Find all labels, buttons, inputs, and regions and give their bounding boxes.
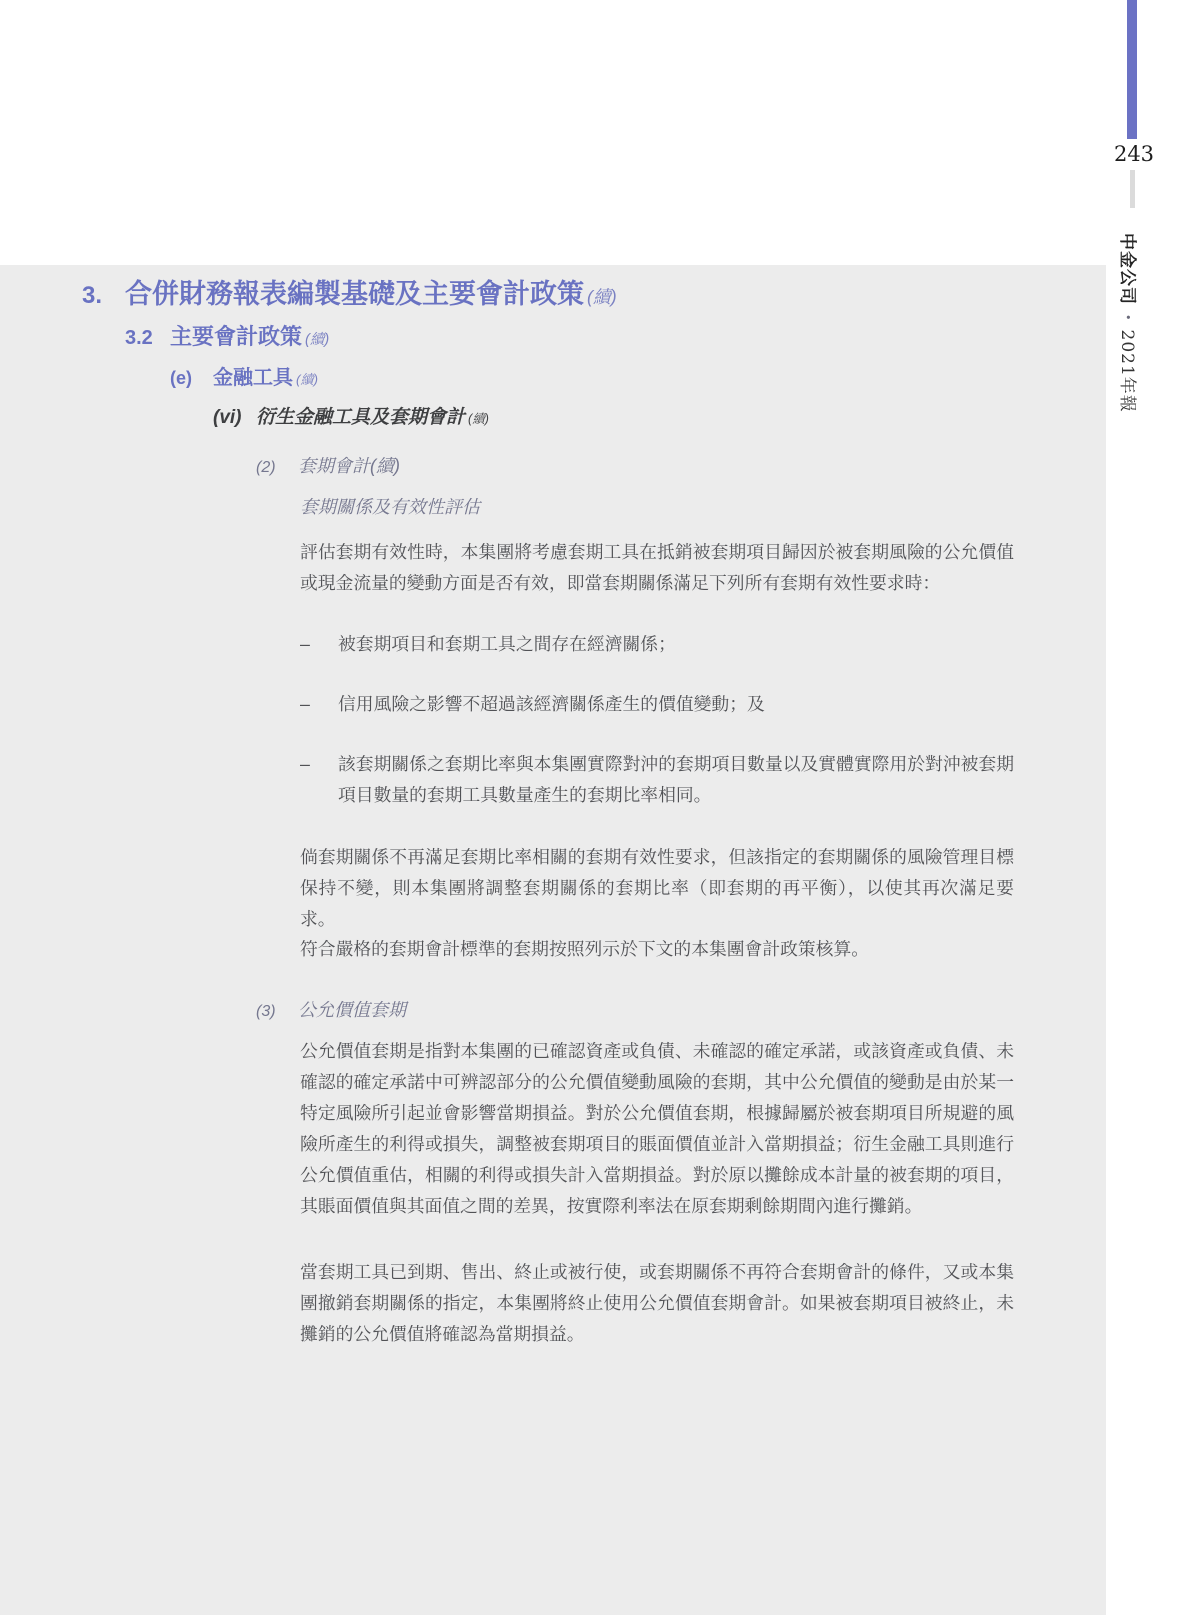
page-number-tick	[1130, 170, 1135, 208]
section-heading-level3: (e) 金融工具 (續)	[170, 361, 318, 390]
list-item: – 被套期項目和套期工具之間存在經濟關係；	[300, 629, 1014, 660]
accent-bar	[1127, 0, 1137, 139]
report-year: 2021年報	[1117, 330, 1137, 413]
separator-dot: •	[1121, 314, 1134, 321]
section-title: 金融工具	[213, 361, 293, 390]
bullet-text: 該套期關係之套期比率與本集團實際對沖的套期項目數量以及實體實際用於對沖被套期項目…	[338, 749, 1014, 811]
paragraph: 公允價值套期是指對本集團的已確認資產或負債、未確認的確定承諾，或該資產或負債、未…	[300, 1036, 1014, 1222]
bullet-marker: –	[300, 629, 338, 660]
paragraph: 當套期工具已到期、售出、終止或被行使，或套期關係不再符合套期會計的條件，又或本集…	[300, 1257, 1014, 1350]
section-heading-level5: (2) 套期會計(續)	[256, 452, 400, 478]
bullet-text: 信用風險之影響不超過該經濟關係產生的價值變動；及	[338, 689, 1014, 720]
list-item: – 信用風險之影響不超過該經濟關係產生的價值變動；及	[300, 689, 1014, 720]
section-number: (vi)	[213, 407, 256, 429]
bullet-marker: –	[300, 749, 338, 811]
list-item: – 該套期關係之套期比率與本集團實際對沖的套期項目數量以及實體實際用於對沖被套期…	[300, 749, 1014, 811]
bullet-list: – 被套期項目和套期工具之間存在經濟關係； – 信用風險之影響不超過該經濟關係產…	[300, 629, 1014, 811]
paragraph: 評估套期有效性時，本集團將考慮套期工具在抵銷被套期項目歸因於被套期風險的公允價值…	[300, 537, 1014, 599]
section-heading-level1: 3. 合併財務報表編製基礎及主要會計政策 (續)	[82, 272, 617, 311]
paragraph: 倘套期關係不再滿足套期比率相關的套期有效性要求，但該指定的套期關係的風險管理目標…	[300, 842, 1014, 935]
running-footer-vertical: 中金公司•2021年報	[1117, 233, 1142, 413]
section-number: (2)	[256, 459, 298, 477]
section-title: 公允價值套期	[298, 996, 406, 1022]
section-number: (e)	[170, 368, 213, 389]
company-name: 中金公司	[1117, 233, 1137, 305]
continued-suffix: (續)	[468, 409, 489, 427]
section-title: 衍生金融工具及套期會計	[256, 402, 465, 429]
bullet-marker: –	[300, 689, 338, 720]
page-number: 243	[1108, 142, 1160, 166]
section-title: 套期會計(續)	[298, 452, 400, 478]
section-heading-level2: 3.2 主要會計政策 (續)	[125, 320, 329, 351]
continued-suffix: (續)	[296, 369, 318, 388]
bullet-text: 被套期項目和套期工具之間存在經濟關係；	[338, 629, 1014, 660]
section-number: 3.	[82, 282, 125, 310]
section-number: (3)	[256, 1003, 298, 1021]
section-title: 合併財務報表編製基礎及主要會計政策	[125, 272, 584, 311]
continued-suffix: (續)	[305, 328, 329, 349]
subsection-title: 套期關係及有效性評估	[300, 493, 480, 519]
section-number: 3.2	[125, 327, 170, 350]
section-title: 主要會計政策	[170, 320, 302, 351]
section-heading-level5: (3) 公允價值套期	[256, 996, 406, 1022]
continued-suffix: (續)	[587, 283, 617, 309]
paragraph: 符合嚴格的套期會計標準的套期按照列示於下文的本集團會計政策核算。	[300, 934, 1014, 965]
section-heading-level4: (vi) 衍生金融工具及套期會計 (續)	[213, 402, 489, 429]
report-page: 3. 合併財務報表編製基礎及主要會計政策 (續) 3.2 主要會計政策 (續) …	[0, 0, 1190, 1615]
